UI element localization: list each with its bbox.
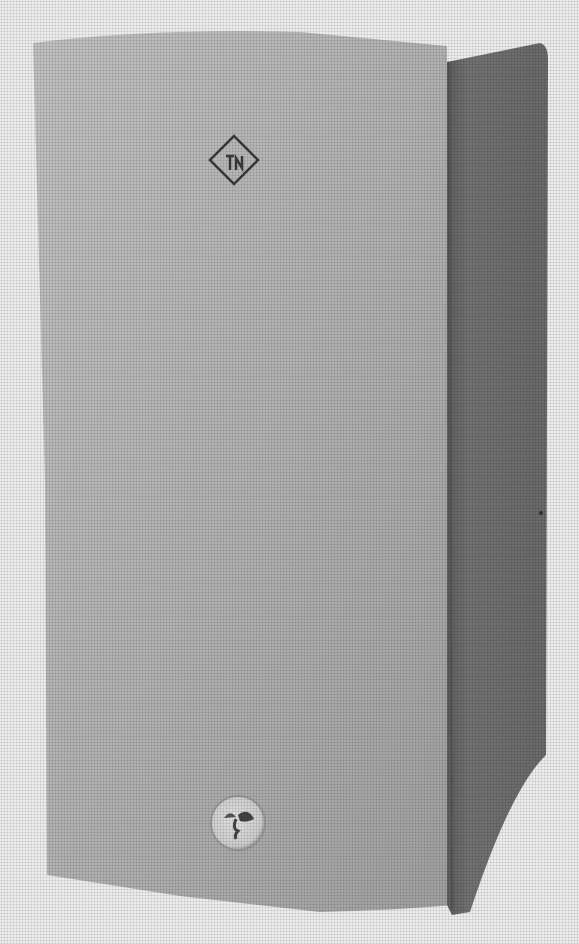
round-screw-lock-icon <box>211 796 265 850</box>
product-photo <box>0 0 579 944</box>
speck <box>539 511 543 515</box>
